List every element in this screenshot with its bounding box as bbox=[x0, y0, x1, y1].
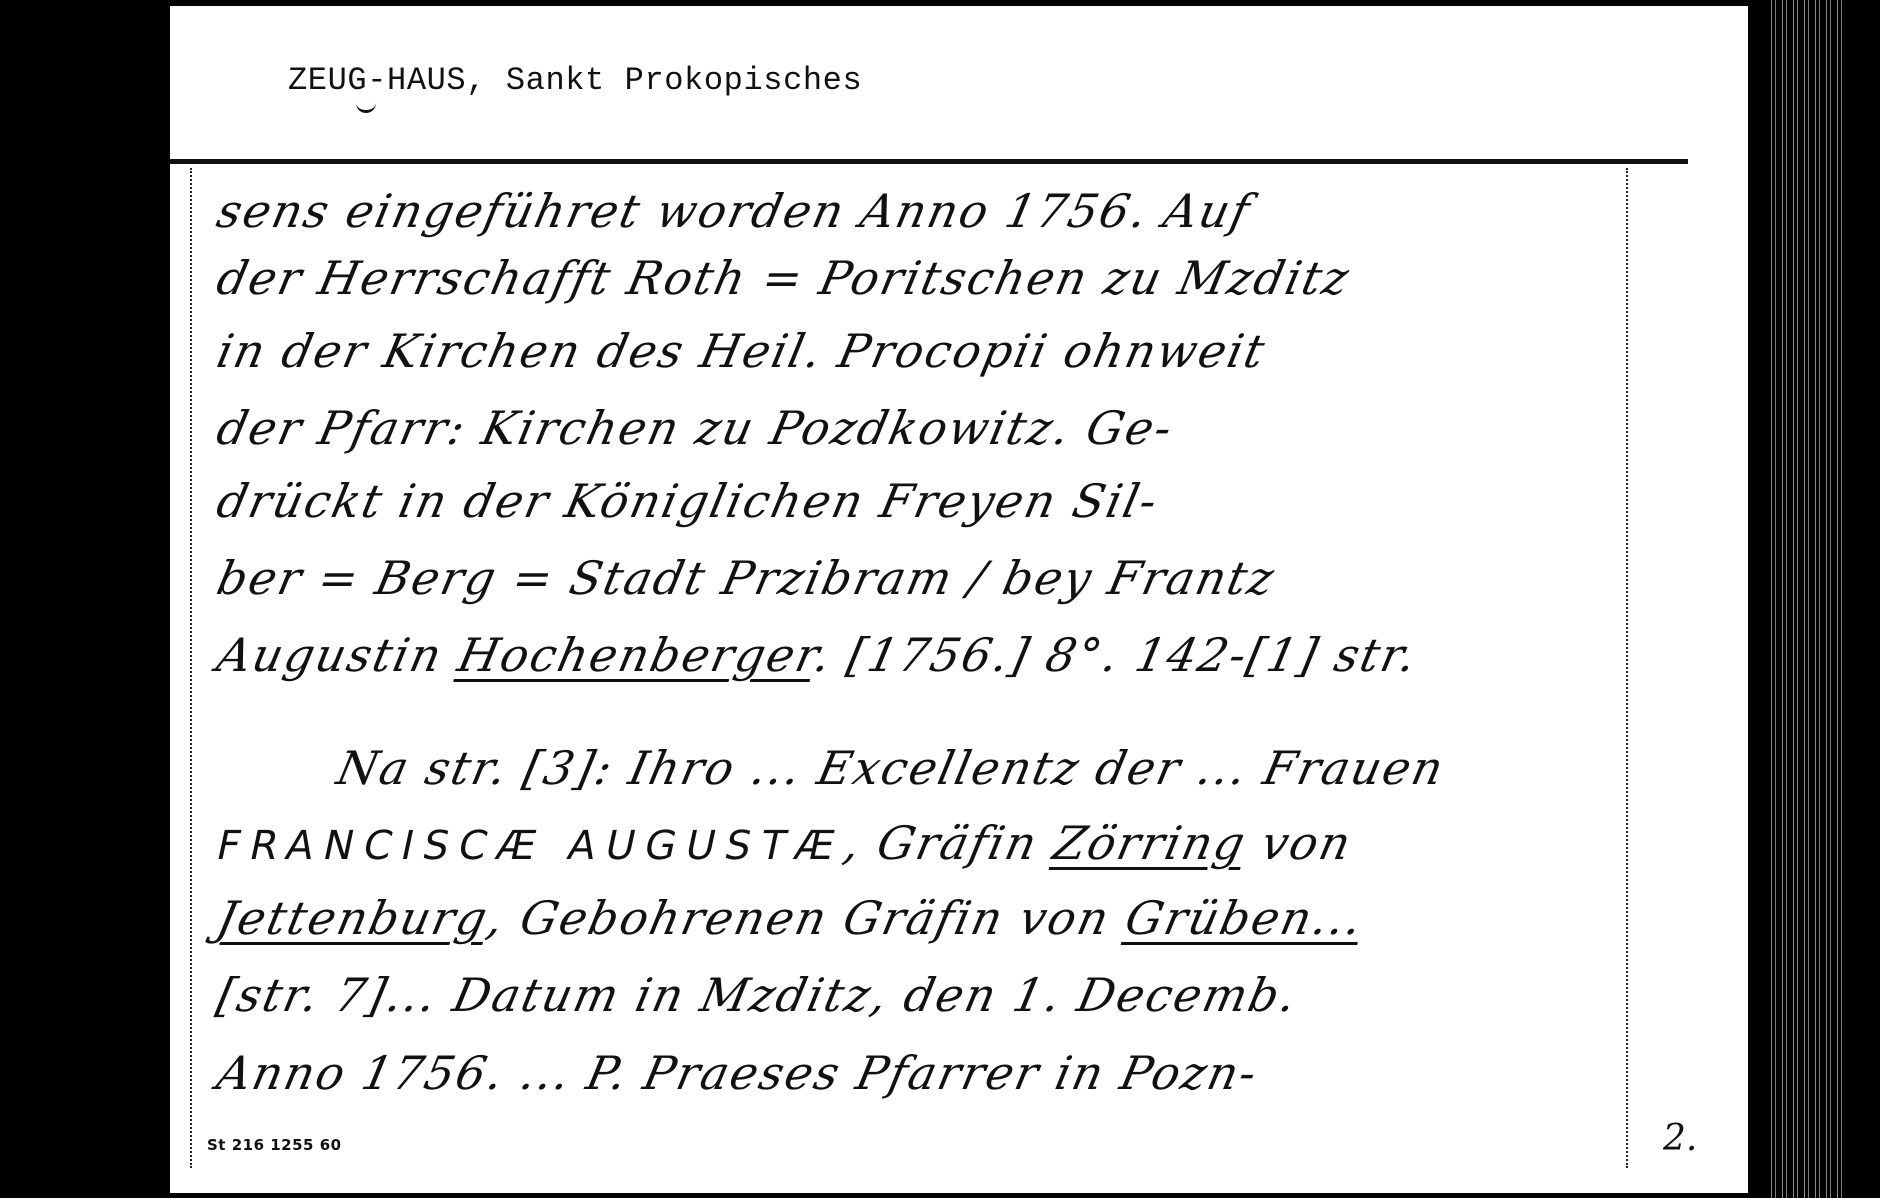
handwritten-line-8: Na str. [3]: Ihro ... Excellentz der ...… bbox=[332, 741, 1450, 795]
handwritten-line-3: in der Kirchen des Heil. Procopii ohnwei… bbox=[212, 324, 1271, 378]
catalog-number: St 216 1255 60 bbox=[207, 1136, 342, 1154]
handwritten-line-7: Augustin Hochenberger. [1756.] 8°. 142-[… bbox=[212, 628, 1423, 682]
catalog-card: ZEUG-HAUS, Sankt Prokopisches sens einge… bbox=[170, 6, 1748, 1193]
handwritten-line-10: Jettenburg, Gebohrenen Gräfin von Grüben… bbox=[212, 891, 1368, 945]
scan-noise-band bbox=[1768, 0, 1848, 1198]
handwritten-line-4: der Pfarr: Kirchen zu Pozdkowitz. Ge- bbox=[212, 401, 1178, 455]
line-text: , Gebohrenen Gräfin von bbox=[482, 891, 1132, 945]
line-text: von bbox=[1240, 816, 1357, 870]
handwritten-line-9: FRANCISCÆ AUGUSTÆ, Gräfin Zörring von bbox=[212, 816, 1357, 870]
handwritten-line-12: Anno 1756. ... P. Praeses Pfarrer in Poz… bbox=[212, 1046, 1263, 1100]
line-text: Augustin bbox=[212, 628, 464, 682]
handwritten-line-2: der Herrschafft Roth = Poritschen zu Mzd… bbox=[212, 251, 1355, 305]
left-margin-line bbox=[190, 168, 192, 1168]
underlined-name: Jettenburg bbox=[212, 891, 493, 945]
caps-name: FRANCISCÆ AUGUSTÆ bbox=[212, 823, 849, 869]
handwritten-line-1: sens eingeführet worden Anno 1756. Auf bbox=[212, 184, 1256, 238]
card-title: ZEUG-HAUS, Sankt Prokopisches bbox=[288, 62, 862, 99]
right-margin-line bbox=[1626, 168, 1628, 1168]
header-rule bbox=[170, 159, 1688, 164]
handwritten-line-11: [str. 7]... Datum in Mzditz, den 1. Dece… bbox=[212, 968, 1303, 1022]
handwritten-line-5: drückt in der Königlichen Freyen Sil- bbox=[212, 474, 1163, 528]
underlined-name: Grüben... bbox=[1121, 891, 1369, 945]
correction-mark bbox=[356, 100, 376, 113]
handwritten-line-6: ber = Berg = Stadt Przibram / bey Frantz bbox=[212, 551, 1280, 605]
underlined-name: Zörring bbox=[1049, 816, 1252, 870]
underlined-name: Hochenberger bbox=[453, 628, 821, 682]
page-marker: 2. bbox=[1663, 1118, 1697, 1159]
line-text: , Gräfin bbox=[839, 816, 1060, 870]
line-text: . [1756.] 8°. 142-[1] str. bbox=[810, 628, 1423, 682]
